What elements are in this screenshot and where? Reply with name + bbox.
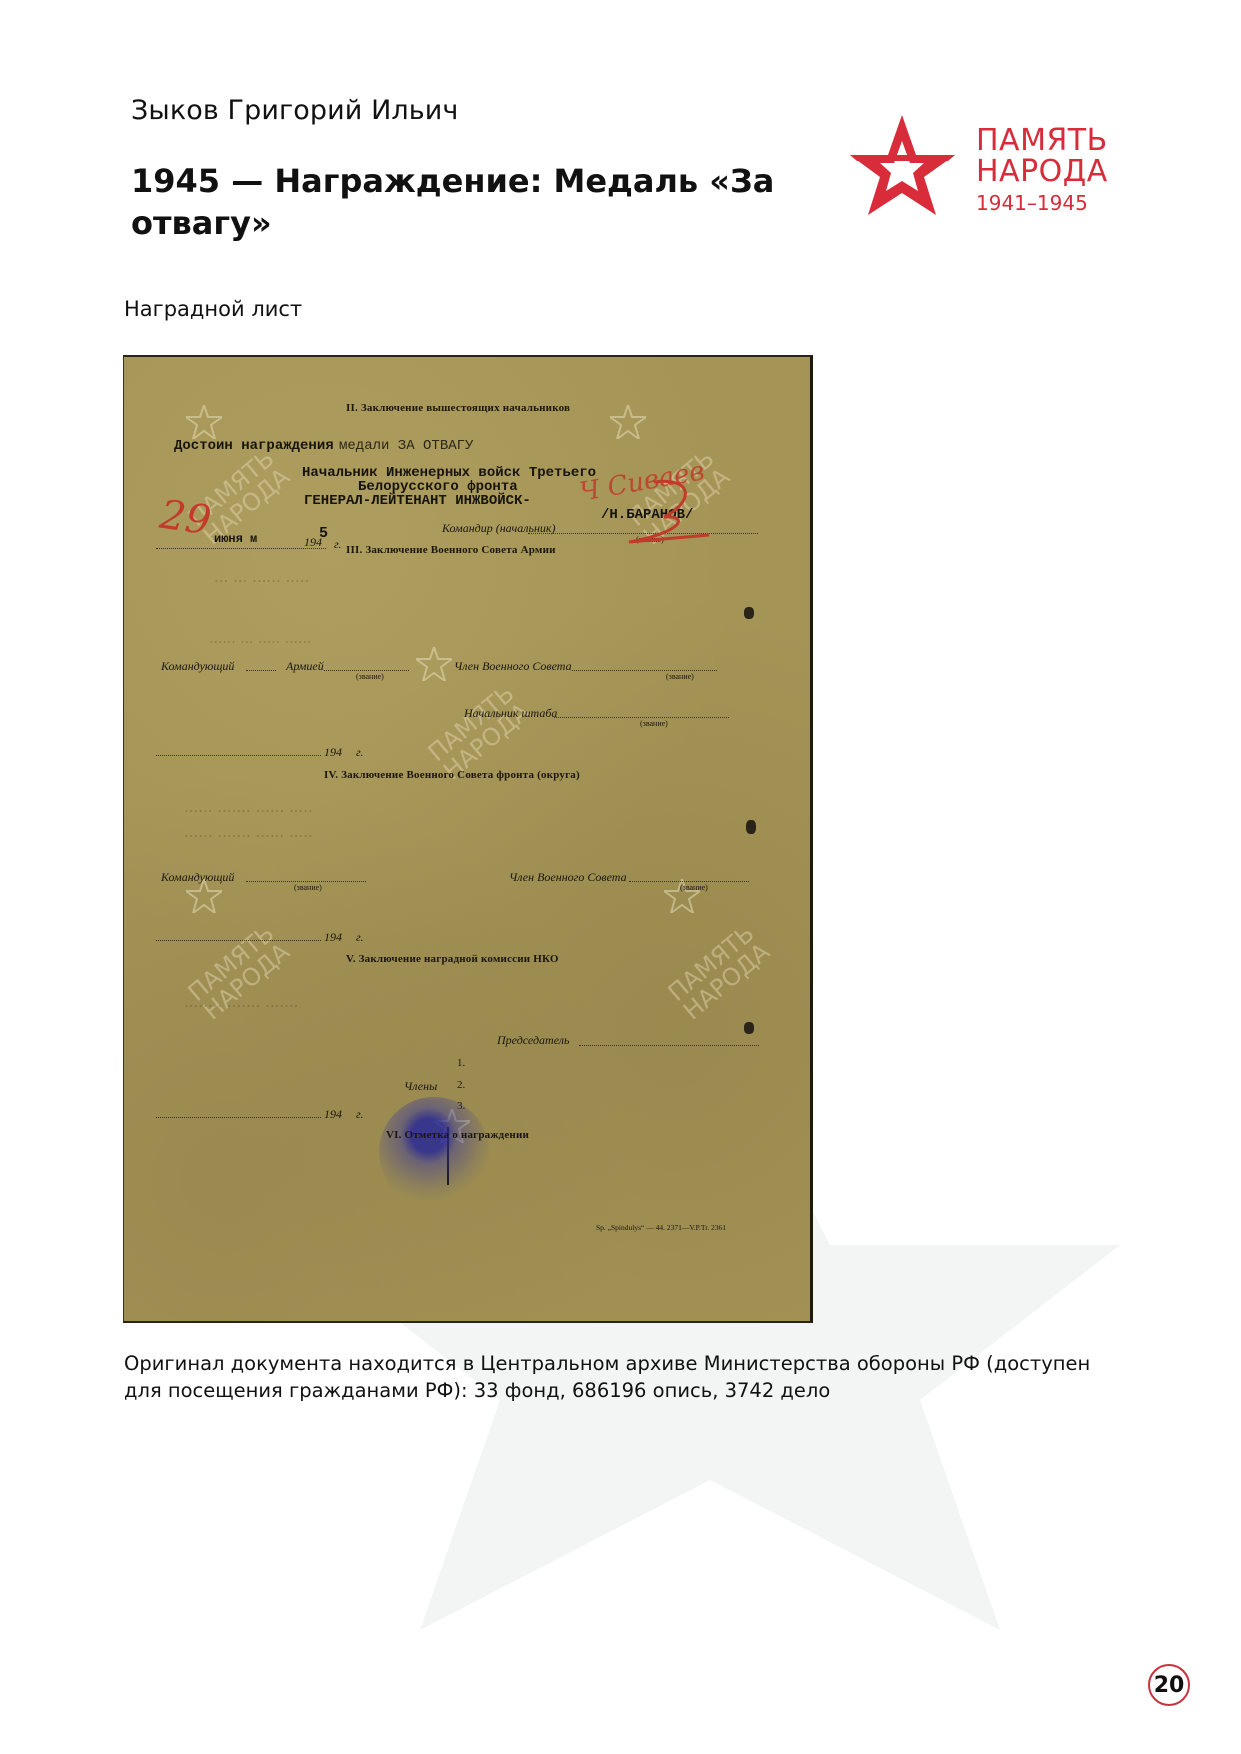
pamyat-naroda-logo: ПАМЯТЬ НАРОДА 1941–1945 <box>850 115 1130 225</box>
punch-mark <box>744 1022 754 1034</box>
logo-years: 1941–1945 <box>976 188 1108 218</box>
logo-line-2: НАРОДА <box>976 156 1108 187</box>
date-month: июня м <box>214 532 257 546</box>
section-4-title: IV. Заключение Военного Совета фронта (о… <box>324 769 580 781</box>
red-pencil-mark <box>624 477 714 547</box>
year-mark: г. <box>356 1107 364 1122</box>
section-3-title: III. Заключение Военного Совета Армии <box>346 544 556 556</box>
worthy-label: Достоин награждения <box>174 438 334 454</box>
date-year-suffix: 5 <box>319 525 328 542</box>
year-mark: г. <box>334 537 342 552</box>
section-6-title: VI. Отметка о награждении <box>386 1129 529 1141</box>
handwritten-day: 29 <box>157 492 214 545</box>
member-number: 2. <box>457 1079 465 1091</box>
council-member-label: Член Военного Совета <box>509 870 627 885</box>
signer-line-3: ГЕНЕРАЛ-ЛЕЙТЕНАНТ ИНЖВОЙСК- <box>304 493 531 509</box>
logo-text: ПАМЯТЬ НАРОДА 1941–1945 <box>976 125 1108 218</box>
blank-year: 194 <box>324 930 342 945</box>
watermark-text: ПАМЯТЬНАРОДА <box>664 921 774 1024</box>
council-member-label: Член Военного Совета <box>454 659 572 674</box>
document-label: Наградной лист <box>124 297 302 321</box>
member-number: 1. <box>457 1057 465 1069</box>
page-title: 1945 — Награждение: Медаль «За отвагу» <box>131 160 831 244</box>
rank-label: (звание) <box>680 883 708 892</box>
page-number: 20 <box>1148 1664 1190 1706</box>
person-name: Зыков Григорий Ильич <box>131 95 459 126</box>
members-label: Члены <box>404 1079 437 1094</box>
printer-mark: Sp. „Spindulys“ — 44. 2371—V.P.Tr. 2361 <box>596 1223 726 1232</box>
section-5-title: V. Заключение наградной комиссии НКО <box>346 953 559 965</box>
red-star-icon <box>850 115 955 217</box>
archive-caption: Оригинал документа находится в Центральн… <box>124 1350 1124 1404</box>
blue-ink-stamp <box>379 1097 489 1207</box>
chief-of-staff-label: Начальник штаба <box>464 706 557 721</box>
year-mark: г. <box>356 745 364 760</box>
blank-year: 194 <box>324 1107 342 1122</box>
punch-mark <box>744 607 754 619</box>
army-commander-label: Командующий <box>161 659 234 674</box>
rank-label: (звание) <box>294 883 322 892</box>
section-2-title: II. Заключение вышестоящих начальников <box>346 402 570 414</box>
chairman-label: Председатель <box>497 1033 569 1048</box>
rank-label: (звание) <box>640 719 668 728</box>
watermark-star-icon <box>610 405 646 439</box>
award-sheet-scan: ПАМЯТЬНАРОДА ПАМЯТЬНАРОДА ПАМЯТЬНАРОДА П… <box>123 355 813 1323</box>
front-commander-label: Командующий <box>161 870 234 885</box>
army-label: Армией <box>286 659 324 674</box>
logo-line-1: ПАМЯТЬ <box>976 125 1108 156</box>
worthy-value: медали ЗА ОТВАГУ <box>339 438 473 454</box>
rank-label: (звание) <box>666 672 694 681</box>
blank-year: 194 <box>324 745 342 760</box>
watermark-star-icon <box>186 405 222 439</box>
rank-label: (звание) <box>356 672 384 681</box>
year-mark: г. <box>356 930 364 945</box>
watermark-star-icon <box>416 647 452 681</box>
punch-mark <box>746 820 756 834</box>
